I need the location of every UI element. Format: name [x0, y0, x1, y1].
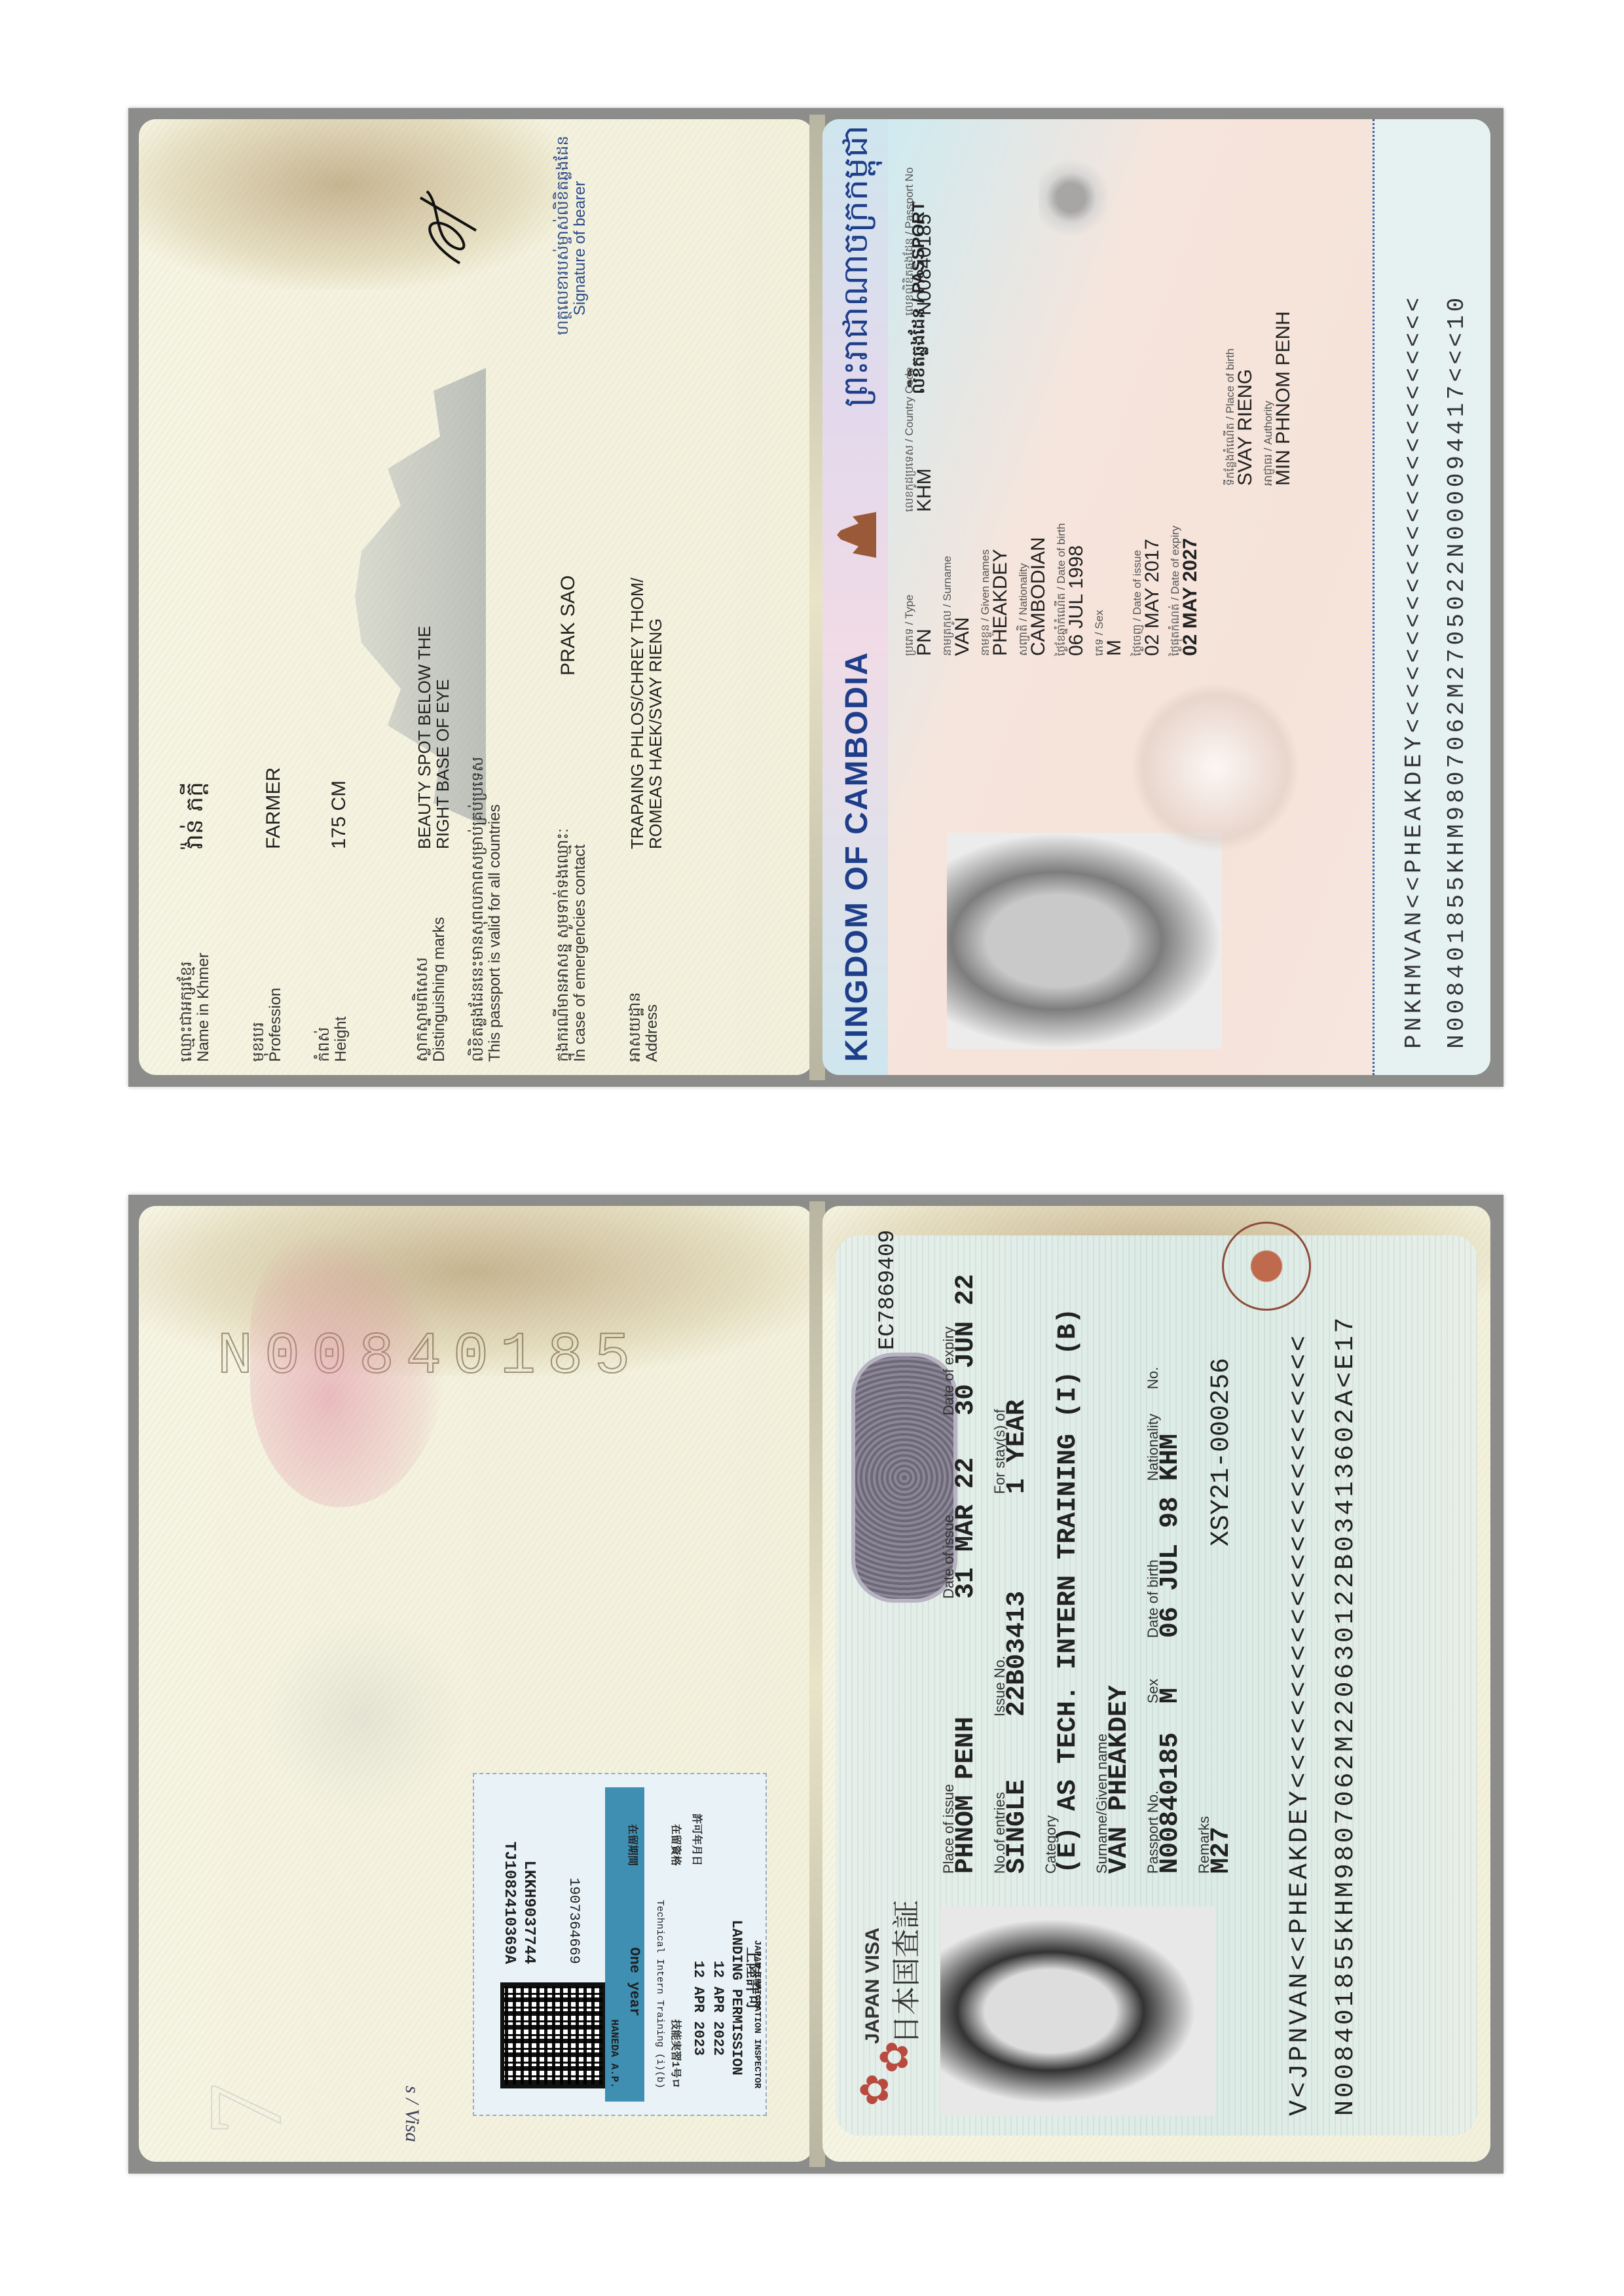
height-value: 175 CM — [329, 780, 350, 849]
visa-expiry-date-value: 30 JUN 22 — [953, 1274, 980, 1415]
validity-label-kh: លិខិតឆ្លងដែននេះមានសុពលភាពសម្រាប់គ្រប់ប្រ… — [470, 757, 487, 1062]
name-khmer-label: Name in Khmer — [195, 953, 212, 1062]
observations-page: ឈ្មោះជាអក្សរខ្មែរ Name in Khmer វ៉ាន់ ភក… — [139, 119, 813, 1075]
status-value-jp: 技能実習1号ロ — [669, 2019, 684, 2088]
holder-photo — [947, 833, 1222, 1049]
sticker-serial: 1907364669 — [566, 1878, 582, 1964]
hologram — [1130, 682, 1301, 852]
validity-label: This passport is valid for all countries — [487, 805, 504, 1063]
landing-permission-sticker: TJ1082410369A LKKH9037744 1907364669 HAN… — [473, 1773, 767, 2116]
period-value: One year — [626, 1947, 642, 2016]
profession-label-kh: មុខរបរ — [250, 1022, 267, 1062]
remarks-value: M27 — [1209, 1827, 1235, 1874]
category-value: (E) AS TECH. INTERN TRAINING (I) (B) — [1056, 1308, 1082, 1874]
visa-number: EC7869409 — [875, 1230, 901, 1350]
passport-spread-visa: N00840185 7 s / Visa TJ1082410369A LKKH9… — [128, 1195, 1504, 2174]
visa-name-value: VAN PHEAKDEY — [1107, 1685, 1133, 1874]
bearer-signature — [414, 178, 486, 270]
country-name-en: KINGDOM OF CAMBODIA — [839, 651, 875, 1062]
visa-right-page: ✿ ✿ JAPAN VISA 日本国査証 EC7869409 Place of … — [822, 1206, 1490, 2162]
naga-watermark — [250, 1232, 447, 1507]
signature-label: Signature of bearer — [572, 181, 589, 316]
sticker-code-1: TJ1082410369A — [500, 1842, 518, 1964]
angkor-emblem-icon — [837, 512, 876, 558]
japan-visa: ✿ ✿ JAPAN VISA 日本国査証 EC7869409 Place of … — [836, 1235, 1477, 2136]
name-khmer-label-kh: ឈ្មោះជាអក្សរខ្មែរ — [178, 961, 195, 1062]
until-label-jp: 許可年月日 — [690, 1813, 705, 1866]
visa-left-page: N00840185 7 s / Visa TJ1082410369A LKKH9… — [139, 1206, 813, 2162]
data-zone: លិខិតឆ្លងដែន / PASSPORT ប្រភេទ / Type PN… — [888, 119, 1373, 1075]
visa-issue-date-value: 31 MAR 22 — [953, 1457, 980, 1599]
visa-passport-no-value: N00840185 — [1158, 1732, 1184, 1874]
visa-mrz-line-1: V<JPNVAN<<PHEAKDEY<<<<<<<<<<<<<<<<<<<<<<… — [1287, 1333, 1314, 2116]
visa-title-jp: 日本国査証 — [883, 1900, 925, 2044]
sticker-code-2: LKKH9037744 — [520, 1861, 538, 1964]
place-of-issue-value: PHNOM PENH — [953, 1717, 980, 1874]
page-caption: s / Visa — [401, 2086, 423, 2142]
issue-no-value: 22B03413 — [1005, 1591, 1031, 1717]
given-names-value: PHEAKDEY — [990, 549, 1011, 656]
qr-code — [500, 1982, 606, 2088]
passport-no-value: N00840185 — [914, 214, 935, 316]
height-label: Height — [333, 1017, 350, 1062]
mrz-line-1: PNKHMVAN<<PHEAKDEY<<<<<<<<<<<<<<<<<<<<<<… — [1401, 294, 1428, 1049]
visa-nationality-value: KHM — [1158, 1434, 1184, 1481]
address-label-kh: អាសយដ្ឋាន — [627, 992, 644, 1062]
country-name-kh: ព្រះរាជាណាចក្រកម្ពុជា — [834, 125, 884, 407]
emergency-value: PRAK SAO — [558, 575, 579, 676]
height-label-kh: កំពស់ — [316, 1027, 333, 1062]
sex-value: M — [1104, 640, 1125, 656]
signature-label-kh: ហត្ថលេខារបស់ម្ចាស់លិខិតឆ្លងដែន — [555, 136, 572, 335]
marks-value-line2: RIGHT BASE OF EYE — [432, 679, 453, 849]
status-value-en: Technical Intern Training (i)(b) — [654, 1900, 665, 2088]
data-page: KINGDOM OF CAMBODIA ព្រះរាជាណាចក្រកម្ពុជ… — [822, 119, 1490, 1075]
address-value-line2: ROMEAS HAEK/SVAY RIENG — [645, 618, 666, 849]
visa-security-seal — [855, 1357, 953, 1599]
entries-value: SINGLE — [1005, 1779, 1031, 1874]
until-date: 12 APR 2023 — [690, 1961, 707, 2056]
address-label: Address — [644, 1004, 661, 1062]
period-label-jp: 在留期間 — [626, 1824, 641, 1866]
expiry-date-value: 02 MAY 2027 — [1180, 538, 1201, 656]
burn-stain — [139, 119, 571, 289]
visa-no-value: XSY21-000256 — [1209, 1358, 1235, 1546]
visa-holder-photo — [940, 1906, 1215, 2116]
visa-dob-value: 06 JUL 98 — [1158, 1497, 1184, 1638]
country-banner: KINGDOM OF CAMBODIA ព្រះរាជាណាចក្រកម្ពុជ… — [822, 119, 888, 1075]
mrz-zone: PNKHMVAN<<PHEAKDEY<<<<<<<<<<<<<<<<<<<<<<… — [1373, 119, 1490, 1075]
ghost-photo — [1039, 158, 1111, 237]
port-of-entry: HANEDA A.P. — [608, 2019, 620, 2088]
authority-value: MIN PHNOM PENH — [1273, 311, 1294, 486]
name-khmer-value: វ៉ាន់ ភក្តី — [185, 782, 206, 849]
emergency-label: In case of emergencies contact — [572, 845, 589, 1062]
royal-emblem-watermark — [257, 1612, 466, 1821]
page-number: 7 — [185, 2083, 306, 2136]
profession-label: Profession — [267, 988, 284, 1062]
visa-title-en: JAPAN VISA — [862, 1927, 884, 2044]
place-of-birth-value: SVAY RIENG — [1235, 369, 1256, 486]
inspector-label: JAPAN IMMIGRATION INSPECTOR — [752, 1940, 762, 2088]
permit-date: 12 APR 2022 — [710, 1961, 726, 2056]
type-value: PN — [914, 629, 935, 656]
visa-sex-value: M — [1158, 1688, 1184, 1704]
country-code-value: KHM — [914, 468, 935, 512]
issue-date-value: 02 MAY 2017 — [1142, 539, 1163, 656]
emergency-label-kh: ក្នុងករណីមានអាសន្ន សូមទាក់ទងឈ្មោះ: — [555, 828, 572, 1062]
marks-label-kh: ស្លាកស្នាមពិសេស — [414, 957, 431, 1062]
nationality-value: CAMBODIAN — [1028, 537, 1049, 656]
visa-no-label: No. — [1145, 1367, 1162, 1389]
stay-value: 1 YEAR — [1005, 1400, 1031, 1494]
mrz-line-2: N008401855KHM9807062M2705022N000094417<<… — [1443, 294, 1470, 1049]
visa-mrz-line-2: N008401855KHM9807062M220630122B03413602A… — [1333, 1315, 1359, 2116]
dob-value: 06 JUL 1998 — [1066, 545, 1087, 656]
profession-value: FARMER — [263, 767, 284, 849]
mofa-seal-icon — [1222, 1222, 1311, 1311]
status-label-jp: 在留資格 — [669, 1824, 684, 1866]
passport-spread-bio: ឈ្មោះជាអក្សរខ្មែរ Name in Khmer វ៉ាន់ ភក… — [128, 108, 1504, 1087]
surname-value: VAN — [952, 617, 973, 656]
marks-label: Distinguishing marks — [431, 917, 448, 1062]
